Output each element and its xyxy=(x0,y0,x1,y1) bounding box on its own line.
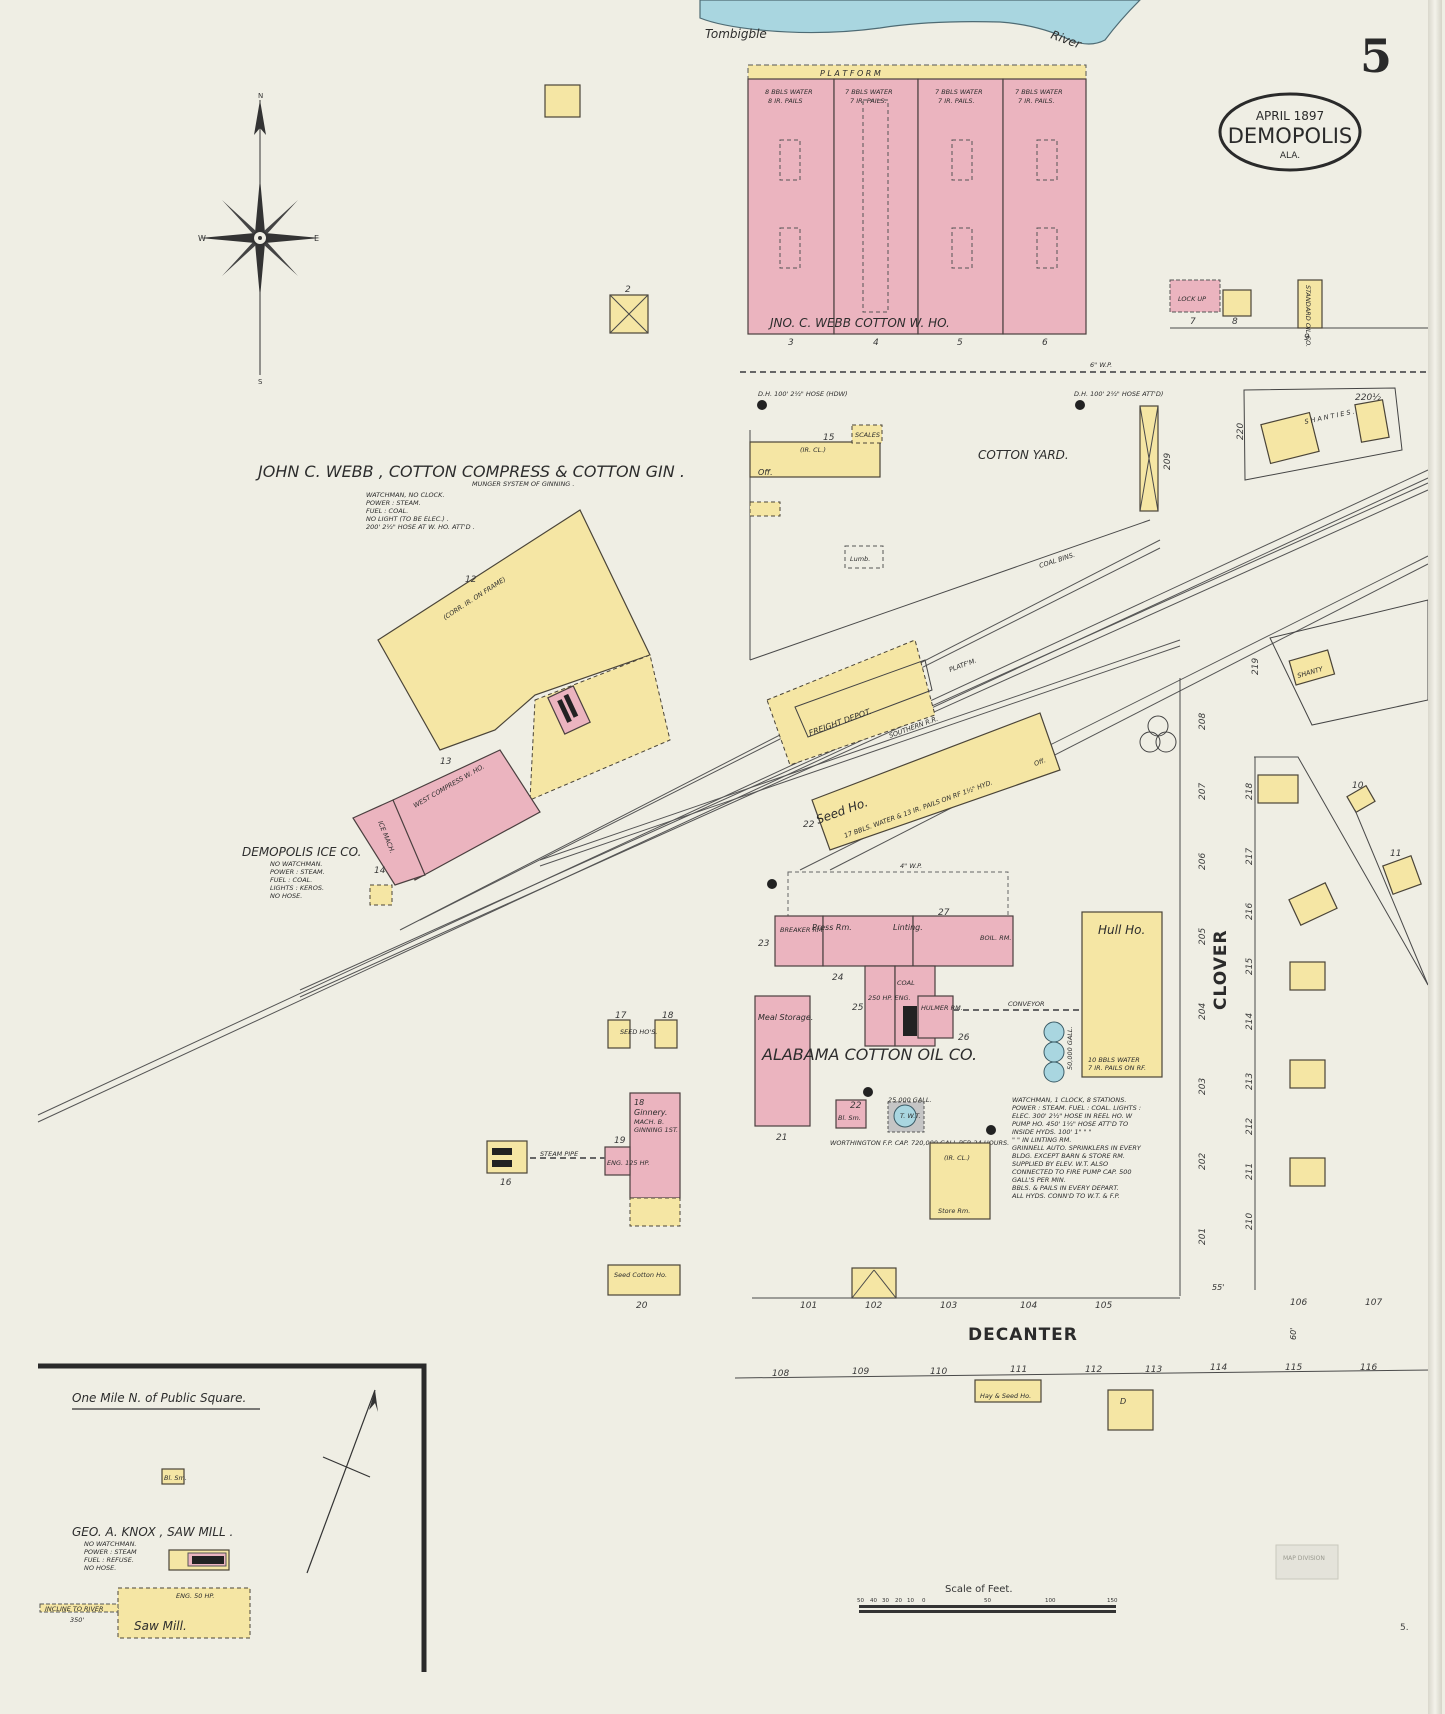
svg-text:100: 100 xyxy=(1045,1598,1056,1604)
svg-text:110: 110 xyxy=(930,1367,947,1377)
svg-text:50: 50 xyxy=(984,1598,991,1604)
svg-text:19: 19 xyxy=(614,1136,626,1146)
svg-text:214: 214 xyxy=(1245,1013,1255,1030)
svg-text:114: 114 xyxy=(1210,1363,1227,1373)
svg-text:109: 109 xyxy=(852,1367,869,1377)
svg-text:55': 55' xyxy=(1212,1283,1224,1292)
svg-text:113: 113 xyxy=(1145,1365,1162,1375)
svg-text:10 BBLS WATER: 10 BBLS WATER xyxy=(1088,1056,1140,1064)
svg-text:CONVEYOR: CONVEYOR xyxy=(1008,1000,1045,1008)
svg-text:Linting.: Linting. xyxy=(893,923,923,932)
svg-text:2: 2 xyxy=(625,285,631,295)
svg-text:D.H. 100' 2½" HOSE ATT'D): D.H. 100' 2½" HOSE ATT'D) xyxy=(1074,390,1163,398)
inset-title: One Mile N. of Public Square. xyxy=(72,1391,246,1405)
title-state: ALA. xyxy=(1280,151,1300,161)
compass-n: N xyxy=(258,92,263,100)
svg-text:WATCHMAN, NO CLOCK.: WATCHMAN, NO CLOCK. xyxy=(366,491,445,499)
svg-text:FUEL : COAL.: FUEL : COAL. xyxy=(366,507,408,515)
svg-text:20: 20 xyxy=(636,1301,648,1311)
sanborn-map-sheet: Tombigble River 5 APRIL 1897 DEMOPOLIS A… xyxy=(0,0,1445,1714)
margin-mark: 5. xyxy=(1400,1623,1409,1633)
svg-text:27: 27 xyxy=(938,908,950,918)
ice-co-title: DEMOPOLIS ICE CO. xyxy=(242,845,361,859)
svg-text:200' 2½" HOSE AT W. HO. ATT'D: 200' 2½" HOSE AT W. HO. ATT'D . xyxy=(366,523,475,531)
svg-text:8 BBLS WATER: 8 BBLS WATER xyxy=(765,88,813,96)
svg-text:25: 25 xyxy=(852,1003,864,1013)
svg-text:102: 102 xyxy=(865,1301,882,1311)
svg-text:Saw Mill.: Saw Mill. xyxy=(134,1619,187,1633)
svg-text:GALL'S PER MIN.: GALL'S PER MIN. xyxy=(1012,1176,1066,1184)
svg-text:213: 213 xyxy=(1245,1073,1255,1090)
svg-text:Bl. Sm.: Bl. Sm. xyxy=(838,1114,861,1122)
svg-text:8: 8 xyxy=(1232,317,1238,327)
svg-text:22: 22 xyxy=(850,1101,862,1111)
svg-text:15: 15 xyxy=(823,433,835,443)
svg-text:POWER : STEAM.: POWER : STEAM. xyxy=(366,499,421,507)
svg-text:250 HP. ENG.: 250 HP. ENG. xyxy=(868,994,911,1002)
svg-text:MACH. B.: MACH. B. xyxy=(634,1118,664,1126)
compass-e: E xyxy=(314,234,319,243)
svg-text:STEAM PIPE: STEAM PIPE xyxy=(540,1150,579,1158)
seed-cotton-house xyxy=(608,1265,680,1295)
stamp-text: MAP DIVISION xyxy=(1283,1555,1325,1562)
svg-text:22: 22 xyxy=(803,820,815,830)
svg-text:T. W.T.: T. W.T. xyxy=(900,1112,921,1120)
svg-text:INCLINE TO RIVER: INCLINE TO RIVER xyxy=(45,1605,104,1613)
svg-text:GINNING 1ST.: GINNING 1ST. xyxy=(634,1126,678,1134)
svg-text:POWER : STEAM: POWER : STEAM xyxy=(84,1548,137,1556)
svg-text:0: 0 xyxy=(922,1598,926,1604)
svg-text:ENG. 50 HP.: ENG. 50 HP. xyxy=(176,1592,214,1600)
compass-w: W xyxy=(198,234,206,243)
svg-text:207: 207 xyxy=(1198,783,1208,800)
svg-text:Press Rm.: Press Rm. xyxy=(812,923,852,932)
svg-text:25,000 GALL.: 25,000 GALL. xyxy=(888,1096,932,1104)
svg-text:220½: 220½ xyxy=(1355,393,1381,403)
svg-text:SEED HO'S.: SEED HO'S. xyxy=(620,1028,657,1036)
svg-text:ELEC. 300' 2½" HOSE IN REEL HO: ELEC. 300' 2½" HOSE IN REEL HO. W xyxy=(1012,1112,1133,1120)
svg-text:210: 210 xyxy=(1245,1213,1255,1230)
library-stamp xyxy=(1276,1545,1338,1579)
svg-text:7 IR. PAILS.: 7 IR. PAILS. xyxy=(938,97,975,105)
svg-text:CONNECTED TO FIRE PUMP CAP. 50: CONNECTED TO FIRE PUMP CAP. 500 xyxy=(1012,1168,1132,1176)
svg-text:(IR. CL.): (IR. CL.) xyxy=(944,1154,970,1162)
svg-text:NO HOSE.: NO HOSE. xyxy=(270,892,302,900)
svg-text:16: 16 xyxy=(500,1178,512,1188)
svg-text:60': 60' xyxy=(1289,1328,1298,1340)
river-label-left: Tombigble xyxy=(705,27,767,41)
svg-text:201: 201 xyxy=(1198,1228,1208,1245)
svg-text:211: 211 xyxy=(1245,1163,1255,1180)
svg-text:LIGHTS : KEROS.: LIGHTS : KEROS. xyxy=(270,884,324,892)
svg-text:POWER : STEAM.: POWER : STEAM. xyxy=(270,868,325,876)
svg-text:LOCK UP: LOCK UP xyxy=(1178,295,1206,303)
svg-text:BLDG. EXCEPT BARN & STORE RM.: BLDG. EXCEPT BARN & STORE RM. xyxy=(1012,1152,1125,1160)
svg-text:112: 112 xyxy=(1085,1365,1102,1375)
svg-text:208: 208 xyxy=(1198,713,1208,730)
svg-text:216: 216 xyxy=(1245,903,1255,920)
svg-text:FUEL : COAL.: FUEL : COAL. xyxy=(270,876,312,884)
svg-text:NO WATCHMAN.: NO WATCHMAN. xyxy=(270,860,323,868)
svg-text:POWER : STEAM. FUEL : COAL. LI: POWER : STEAM. FUEL : COAL. LIGHTS : xyxy=(1012,1104,1141,1112)
svg-text:7 IR. PAILS ON RF.: 7 IR. PAILS ON RF. xyxy=(1088,1064,1146,1072)
svg-text:26: 26 xyxy=(958,1033,970,1043)
svg-text:105: 105 xyxy=(1095,1301,1112,1311)
svg-text:NO LIGHT (TO BE ELEC.) .: NO LIGHT (TO BE ELEC.) . xyxy=(366,515,449,523)
scale-title: Scale of Feet. xyxy=(945,1584,1013,1595)
svg-text:11: 11 xyxy=(1390,849,1401,859)
svg-text:23: 23 xyxy=(758,939,770,949)
svg-text:209: 209 xyxy=(1163,453,1173,470)
svg-text:13: 13 xyxy=(440,757,452,767)
svg-text:4: 4 xyxy=(873,338,879,348)
svg-text:INSIDE HYDS. 100' 1" " ": INSIDE HYDS. 100' 1" " " xyxy=(1012,1128,1092,1136)
svg-text:205: 205 xyxy=(1198,928,1208,945)
svg-text:Bl. Sm.: Bl. Sm. xyxy=(164,1474,187,1482)
svg-text:18: 18 xyxy=(662,1011,674,1021)
title-date: APRIL 1897 xyxy=(1256,109,1324,123)
dwelling-top xyxy=(545,85,580,117)
svg-text:3: 3 xyxy=(788,338,794,348)
svg-text:PUMP HO. 450' 1½" HOSE ATT'D T: PUMP HO. 450' 1½" HOSE ATT'D TO xyxy=(1012,1120,1128,1128)
cotton-yard-label: COTTON YARD. xyxy=(978,448,1069,462)
svg-text:" " IN LINTING RM.: " " IN LINTING RM. xyxy=(1012,1136,1071,1144)
svg-text:7 BBLS WATER: 7 BBLS WATER xyxy=(935,88,983,96)
svg-text:50: 50 xyxy=(857,1598,864,1604)
svg-text:115: 115 xyxy=(1285,1363,1302,1373)
svg-text:D.H. 100' 2½" HOSE (HDW): D.H. 100' 2½" HOSE (HDW) xyxy=(758,390,848,398)
svg-text:FUEL : REFUSE.: FUEL : REFUSE. xyxy=(84,1556,134,1564)
svg-text:BBLS. & PAILS IN EVERY DEPART.: BBLS. & PAILS IN EVERY DEPART. xyxy=(1012,1184,1119,1192)
hydrant-icon xyxy=(1075,400,1085,410)
svg-text:107: 107 xyxy=(1365,1298,1382,1308)
street-clover[interactable]: CLOVER xyxy=(1211,929,1231,1010)
knox-saw-mill-title: GEO. A. KNOX , SAW MILL . xyxy=(72,1525,233,1539)
svg-text:14: 14 xyxy=(374,866,386,876)
svg-text:MUNGER SYSTEM OF GINNING .: MUNGER SYSTEM OF GINNING . xyxy=(472,480,574,488)
street-decanter[interactable]: DECANTER xyxy=(968,1325,1078,1345)
svg-text:Meal Storage.: Meal Storage. xyxy=(758,1013,813,1022)
svg-text:217: 217 xyxy=(1245,848,1255,865)
svg-text:9: 9 xyxy=(1304,333,1310,343)
svg-text:(IR. CL.): (IR. CL.) xyxy=(800,446,826,454)
svg-text:24: 24 xyxy=(832,973,844,983)
title-city: DEMOPOLIS xyxy=(1228,124,1353,148)
svg-text:BOIL. RM.: BOIL. RM. xyxy=(980,934,1011,942)
hydrant-icon xyxy=(757,400,767,410)
svg-text:Store Rm.: Store Rm. xyxy=(938,1207,970,1215)
svg-text:203: 203 xyxy=(1198,1078,1208,1095)
svg-text:17: 17 xyxy=(615,1011,627,1021)
svg-text:ENG. 125 HP.: ENG. 125 HP. xyxy=(607,1159,650,1167)
platform xyxy=(748,65,1086,79)
svg-text:8 IR. PAILS: 8 IR. PAILS xyxy=(768,97,802,105)
svg-text:7 BBLS WATER: 7 BBLS WATER xyxy=(1015,88,1063,96)
svg-text:D: D xyxy=(1120,1397,1126,1406)
svg-text:116: 116 xyxy=(1360,1363,1377,1373)
svg-text:50,000 GALL.: 50,000 GALL. xyxy=(1066,1026,1074,1070)
warehouse-label: JNO. C. WEBB COTTON W. HO. xyxy=(768,316,950,330)
svg-text:215: 215 xyxy=(1245,958,1255,975)
svg-text:SUPPLIED BY ELEV. W.T. ALSO: SUPPLIED BY ELEV. W.T. ALSO xyxy=(1012,1160,1108,1168)
svg-text:WATCHMAN, 1 CLOCK, 8 STATIONS.: WATCHMAN, 1 CLOCK, 8 STATIONS. xyxy=(1012,1096,1126,1104)
svg-text:206: 206 xyxy=(1198,853,1208,870)
svg-text:GRINNELL AUTO. SPRINKLERS IN E: GRINNELL AUTO. SPRINKLERS IN EVERY xyxy=(1012,1144,1142,1152)
oil-co-title: ALABAMA COTTON OIL CO. xyxy=(761,1045,977,1064)
svg-text:5: 5 xyxy=(957,338,963,348)
sheet-number: 5 xyxy=(1360,29,1392,83)
svg-text:Ginnery.: Ginnery. xyxy=(634,1108,667,1117)
svg-text:COAL: COAL xyxy=(897,979,915,987)
svg-text:7: 7 xyxy=(1190,317,1196,327)
svg-text:SCALES: SCALES xyxy=(855,431,880,439)
svg-text:202: 202 xyxy=(1198,1153,1208,1170)
svg-text:20: 20 xyxy=(895,1598,902,1604)
platform-label: P L A T F O R M xyxy=(820,69,881,78)
svg-text:NO WATCHMAN.: NO WATCHMAN. xyxy=(84,1540,137,1548)
compass-s: S xyxy=(258,378,263,386)
svg-text:Hull Ho.: Hull Ho. xyxy=(1098,923,1145,937)
svg-text:111: 111 xyxy=(1010,1365,1027,1375)
svg-text:350': 350' xyxy=(70,1616,84,1624)
svg-text:106: 106 xyxy=(1290,1298,1307,1308)
svg-text:18: 18 xyxy=(634,1098,644,1107)
svg-text:NO HOSE.: NO HOSE. xyxy=(84,1564,116,1572)
svg-text:Hay & Seed Ho.: Hay & Seed Ho. xyxy=(980,1392,1031,1400)
boiler-icon xyxy=(903,1006,917,1036)
svg-text:40: 40 xyxy=(870,1598,877,1604)
svg-text:Seed Cotton Ho.: Seed Cotton Ho. xyxy=(614,1271,667,1279)
svg-text:7 IR. PAILS.: 7 IR. PAILS. xyxy=(850,97,887,105)
svg-text:4" W.P.: 4" W.P. xyxy=(900,862,922,870)
svg-text:103: 103 xyxy=(940,1301,957,1311)
svg-text:10: 10 xyxy=(907,1598,914,1604)
svg-text:6: 6 xyxy=(1042,338,1048,348)
svg-text:Off.: Off. xyxy=(758,468,773,477)
svg-text:218: 218 xyxy=(1245,783,1255,800)
paper-background xyxy=(0,0,1445,1714)
svg-text:220: 220 xyxy=(1236,423,1246,440)
svg-text:6" W.P.: 6" W.P. xyxy=(1090,361,1112,369)
page-edge-fold xyxy=(1428,0,1442,1714)
svg-text:21: 21 xyxy=(776,1133,787,1143)
svg-text:219: 219 xyxy=(1251,658,1261,675)
svg-text:204: 204 xyxy=(1198,1003,1208,1020)
webb-title: JOHN C. WEBB , COTTON COMPRESS & COTTON … xyxy=(255,462,685,481)
svg-text:10: 10 xyxy=(1352,781,1364,791)
svg-text:150: 150 xyxy=(1107,1598,1118,1604)
svg-text:212: 212 xyxy=(1245,1118,1255,1135)
svg-text:ALL HYDS. CONN'D TO W.T. & F.P: ALL HYDS. CONN'D TO W.T. & F.P. xyxy=(1011,1192,1120,1200)
svg-text:108: 108 xyxy=(772,1369,789,1379)
svg-text:7 IR. PAILS.: 7 IR. PAILS. xyxy=(1018,97,1055,105)
webb-cotton-warehouse: P L A T F O R M 8 BBLS WATER 8 IR. PAILS… xyxy=(748,65,1086,348)
svg-text:30: 30 xyxy=(882,1598,889,1604)
svg-text:101: 101 xyxy=(800,1301,817,1311)
svg-text:104: 104 xyxy=(1020,1301,1037,1311)
svg-text:7 BBLS WATER: 7 BBLS WATER xyxy=(845,88,893,96)
svg-text:12: 12 xyxy=(465,575,477,585)
svg-text:Lumb.: Lumb. xyxy=(850,555,870,563)
